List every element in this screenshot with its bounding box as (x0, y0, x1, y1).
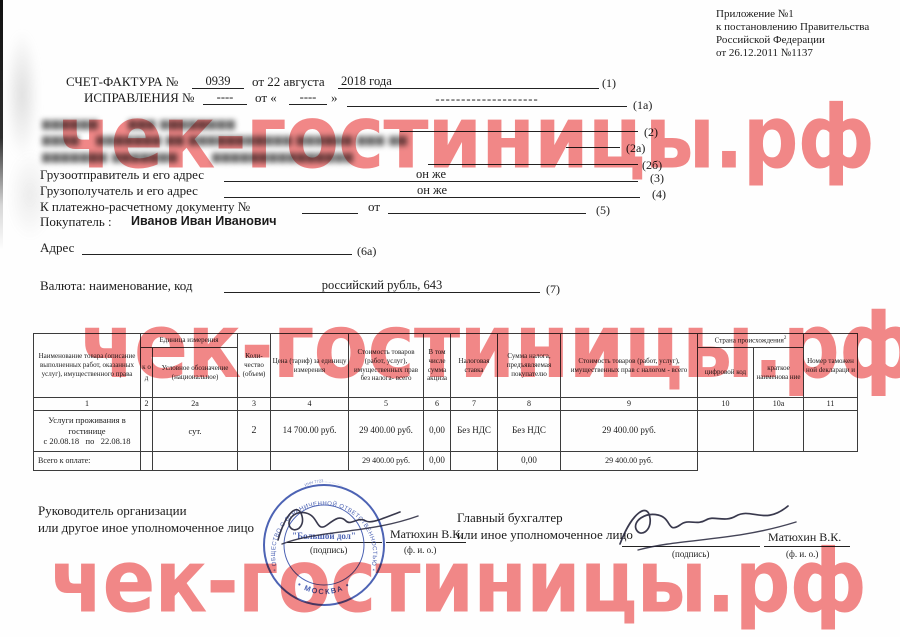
regulation-note-line: к постановлению Правительства (716, 21, 869, 33)
col-num: 1 (34, 398, 141, 411)
ref-2: (2) (644, 125, 658, 140)
country-footnote-mark: 2 (784, 336, 787, 341)
col-num: 10 (698, 398, 754, 411)
ref-6a: (6а) (357, 244, 376, 259)
seller-address-redacted: ▆▆▆▆ (42, 133, 84, 146)
accountant-signature-scribble (612, 498, 802, 556)
total-tax-amount: 0,00 (498, 452, 561, 471)
item-cost-without-tax: 29 400.00 руб. (349, 411, 424, 452)
buyer-label: Покупатель : (40, 214, 112, 230)
col-num: 11 (804, 398, 858, 411)
col-num: 8 (498, 398, 561, 411)
accountant-role-line1: Главный бухгалтер (457, 510, 563, 526)
correction-dashes: -------------------- (347, 92, 627, 107)
seller-name-line (400, 117, 638, 132)
regulation-note-line: Российской Федерации (716, 34, 825, 46)
item-qty: 2 (238, 411, 271, 452)
seller-address-redacted: ▆▆▆▆▆▆▆ ▆▆ ▆▆▆▆▆▆▆▆▆▆▆ ▆▆▆▆▆▆ ▆▆▆ ▆▆ (96, 133, 560, 146)
director-role-line2: или другое иное уполномоченное лицо (38, 520, 254, 536)
payment-doc-from: от (368, 199, 380, 215)
accountant-role-line2: или иное уполномоченное лицо (457, 527, 633, 543)
director-signature-scribble (272, 500, 424, 550)
col-header-tax-amount: Сумма налога, предъявляемая покупателю (498, 334, 561, 398)
total-empty (141, 452, 153, 471)
seller-inn-redacted: ▆▆▆▆▆▆▆▆▆▆▆▆▆▆▆ (212, 150, 418, 163)
item-unit-code (141, 411, 153, 452)
invoice-number: 0939 (192, 74, 244, 89)
col-header-unit-symbol: Условное обозначение (национальное) (153, 348, 238, 398)
item-declaration (804, 411, 858, 452)
regulation-note-line: Приложение №1 (716, 8, 794, 20)
seller-inn-line (428, 150, 638, 165)
total-label: Всего к оплате: (34, 452, 141, 471)
correction-title: ИСПРАВЛЕНИЯ № (84, 90, 194, 106)
item-cost-with-tax: 29 400.00 руб. (561, 411, 698, 452)
col-num: 3 (238, 398, 271, 411)
scan-edge-artifact (0, 0, 3, 250)
correction-from: от « (255, 90, 277, 106)
item-country-code (698, 411, 754, 452)
payment-doc-date-line (388, 199, 586, 214)
director-role-line1: Руководитель организации (38, 503, 187, 519)
consignor-value: он же (224, 167, 638, 182)
item-country-name (754, 411, 804, 452)
seller-address-line (566, 133, 620, 148)
ref-4: (4) (652, 187, 666, 202)
invoice-year: 2018 года (338, 74, 599, 89)
item-excise: 0,00 (424, 411, 451, 452)
scan-smudge (5, 30, 39, 160)
col-header-cost-with-tax: Стоимость товаров (работ, услуг), имущес… (561, 334, 698, 398)
total-cost-with-tax: 29 400.00 руб. (561, 452, 698, 471)
item-tax-rate: Без НДС (451, 411, 498, 452)
col-num: 2а (153, 398, 238, 411)
item-name-line: Услуги проживания в (35, 415, 139, 426)
col-header-unit-group: Единица измерения (141, 334, 238, 348)
payment-doc-number-line (302, 199, 358, 214)
invoice-date-prefix: от 22 августа (252, 74, 325, 90)
correction-quote: » (331, 90, 338, 106)
stamp-city-text: • МОСКВА • (296, 580, 352, 596)
col-num: 7 (451, 398, 498, 411)
col-num: 10а (754, 398, 804, 411)
total-outside-area (698, 452, 858, 471)
col-header-excise: В том числе сумма акциза (424, 334, 451, 398)
col-header-price: Цена (тариф) за единицу измерения (271, 334, 349, 398)
item-unit: сут. (153, 411, 238, 452)
correction-date: ---- (289, 90, 327, 105)
col-header-country-name: краткое наименова ние (754, 348, 804, 398)
seller-name-redacted: ▆▆▆ ▆▆▆▆▆▆▆▆ (128, 117, 268, 130)
col-header-declaration: Номер таможен ной deклараци и (804, 334, 858, 398)
total-tax-rate (451, 452, 498, 471)
currency-label: Валюта: наименование, код (40, 278, 193, 294)
invoice-title: СЧЕТ-ФАКТУРА № (66, 74, 178, 90)
item-tax-amount: Без НДС (498, 411, 561, 452)
col-num: 2 (141, 398, 153, 411)
col-header-name: Наименование товара (описание выполненны… (34, 334, 141, 398)
ref-1a: (1а) (633, 98, 652, 113)
total-excise: 0,00 (424, 452, 451, 471)
invoice-scan-page: Приложение №1 к постановлению Правительс… (0, 0, 900, 637)
consignee-label: Грузополучатель и его адрес (40, 183, 198, 199)
buyer-address-line (82, 240, 352, 255)
seller-inn-redacted: ▆▆▆▆▆▆▆ ▆▆▆▆▆▆▆ (42, 150, 180, 163)
total-empty (238, 452, 271, 471)
ref-3: (3) (650, 171, 664, 186)
total-empty (153, 452, 238, 471)
col-num: 4 (271, 398, 349, 411)
col-header-tax-rate: Налоговая ставка (451, 334, 498, 398)
col-num: 5 (349, 398, 424, 411)
country-group-label: Страна происхождения (715, 336, 784, 344)
col-header-unit-code: к о д (141, 348, 153, 398)
correction-number: ---- (203, 90, 247, 105)
ref-1: (1) (602, 76, 616, 91)
col-num: 6 (424, 398, 451, 411)
item-name-line: гостинице (35, 426, 139, 437)
col-header-qty: Коли- чество (объем) (238, 334, 271, 398)
consignor-label: Грузоотправитель и его адрес (40, 167, 204, 183)
ref-7: (7) (546, 282, 560, 297)
item-name-cell: Услуги проживания в гостинице с 20.08.18… (34, 411, 141, 452)
payment-doc-label: К платежно-расчетному документу № (40, 199, 250, 215)
total-empty (271, 452, 349, 471)
col-num: 9 (561, 398, 698, 411)
col-header-country-group: Страна происхождения2 (698, 334, 804, 348)
invoice-items-table: Наименование товара (описание выполненны… (33, 333, 858, 471)
regulation-note-line: от 26.12.2011 №1137 (716, 47, 813, 59)
item-price: 14 700.00 руб. (271, 411, 349, 452)
buyer-name: Иванов Иван Иванович (131, 214, 277, 228)
total-cost-without-tax: 29 400.00 руб. (349, 452, 424, 471)
svg-text:• МОСКВА •: • МОСКВА • (296, 580, 352, 596)
item-period: с 20.08.18 по 22.08.18 (35, 436, 139, 447)
ref-5: (5) (596, 203, 610, 218)
consignee-value: он же (224, 183, 640, 198)
buyer-address-label: Адрес (40, 240, 74, 256)
seller-name-redacted: ▆▆▆▆▆▆ (42, 117, 108, 130)
currency-value: российский рубль, 643 (224, 278, 540, 293)
col-header-country-code: цифровой код (698, 348, 754, 398)
col-header-cost-without-tax: Стоимость товаров (работ, услуг), имущес… (349, 334, 424, 398)
